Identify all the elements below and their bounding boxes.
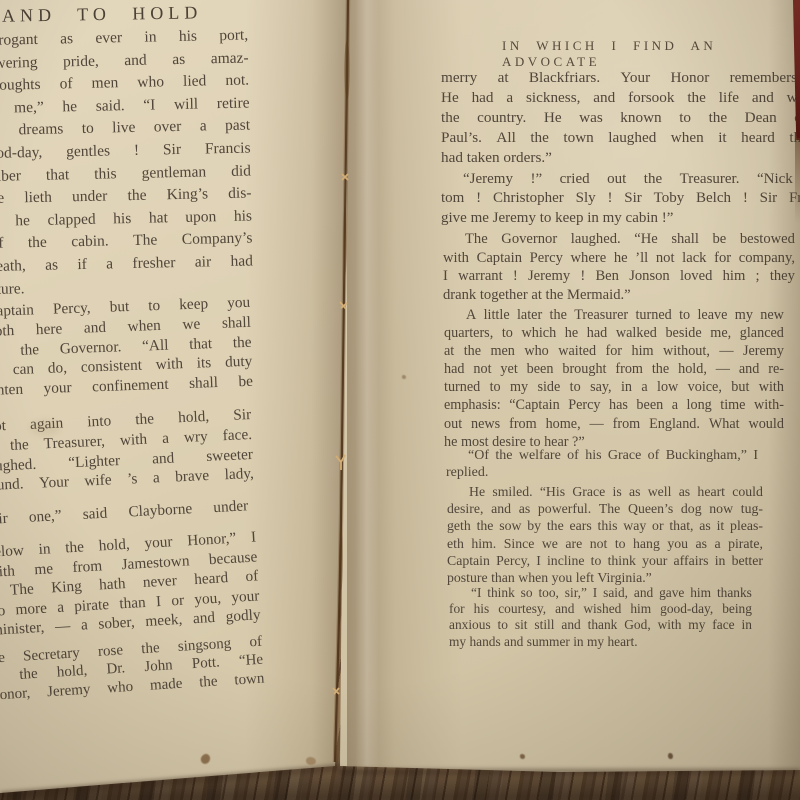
page-stain [30,420,60,436]
book-photo: AND TO HOLD arrogantaseverinhisport,ower… [0,0,800,800]
right-page-bottom-shadow [340,769,800,778]
foxing-spot [402,375,406,379]
foxing-spot [520,754,525,759]
foxing-spot [306,757,316,765]
book-gutter [0,0,800,800]
foxing-spot [668,753,673,759]
